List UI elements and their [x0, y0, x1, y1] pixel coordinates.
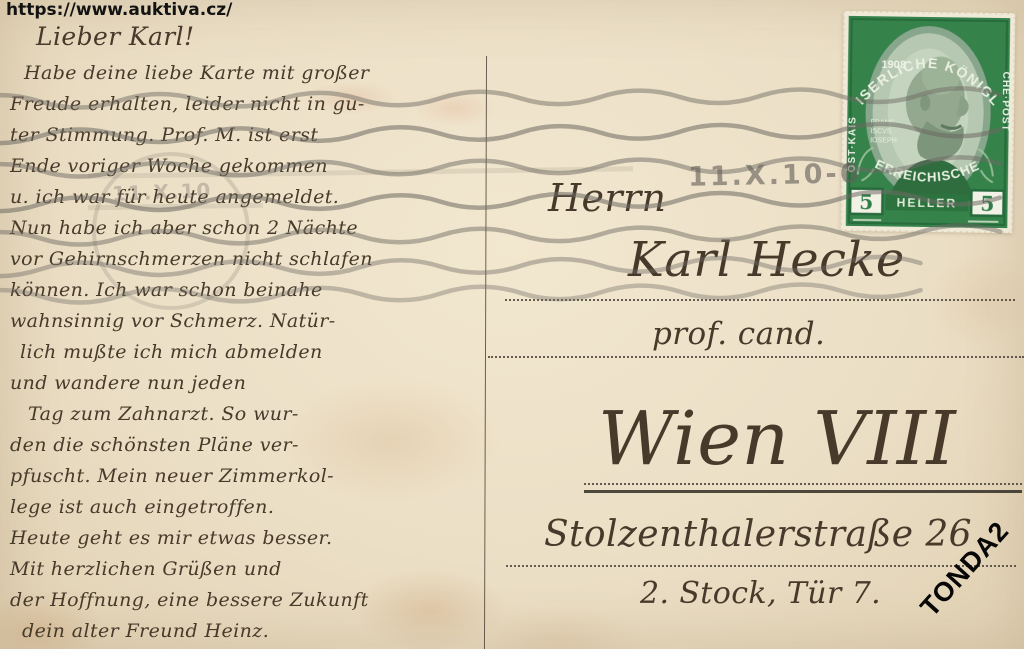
message-line: lege ist auch eingetroffen. — [10, 492, 482, 523]
postcard-scan: https://www.auktiva.cz/ Lieber Karl! Hab… — [0, 0, 1024, 649]
stamp-portrait-caption: ISCVS — [870, 128, 892, 135]
circular-postmark — [92, 152, 250, 310]
address-ruled-line — [505, 299, 1015, 301]
stamp-value-right: 5 — [980, 192, 994, 216]
address-city: Wien VIII — [598, 396, 956, 482]
stamp-portrait-caption: IOSEPH — [870, 137, 897, 144]
message-line: und wandere nun jeden — [10, 368, 482, 399]
message-line: ter Stimmung. Prof. M. ist erst — [10, 120, 482, 151]
stamp-currency: HELLER — [896, 195, 957, 210]
message-line: wahnsinnig vor Schmerz. Natür- — [10, 306, 482, 337]
machine-postmark-date: 11.X.10-6 — [688, 158, 862, 193]
postage-stamp: ISERLICHE KÖNIGL ERREICHISCHE ÖST·KAIS C… — [840, 11, 1015, 233]
address-street: Stolzenthalerstraße 26 — [544, 514, 972, 555]
address-recipient-title: prof. cand. — [652, 316, 825, 352]
message-line: der Hoffnung, eine bessere Zukunft — [10, 585, 482, 616]
message-line: lich mußte ich mich abmelden — [20, 337, 482, 368]
message-line: pfuscht. Mein neuer Zimmerkol- — [10, 461, 482, 492]
stamp-right-edge-text: CHE·POST — [1000, 72, 1012, 132]
message-line: den die schönsten Pläne ver- — [10, 430, 482, 461]
postcard-divider-line — [484, 56, 487, 649]
message-line: Tag zum Zahnarzt. So wur- — [28, 399, 482, 430]
address-floor: 2. Stock, Tür 7. — [640, 576, 881, 611]
message-line: Ende voriger Woche gekommen — [10, 151, 482, 182]
message-salutation: Lieber Karl! — [36, 22, 194, 51]
message-line: dein alter Freund Heinz. — [22, 616, 482, 647]
circular-postmark-date: 11.X.10 — [112, 178, 213, 205]
message-line: Habe deine liebe Karte mit großer — [24, 58, 482, 89]
message-line: Heute geht es mir etwas besser. — [10, 523, 482, 554]
address-ruled-line — [488, 356, 1024, 358]
address-ruled-line — [584, 483, 1022, 485]
source-url-text: https://www.auktiva.cz/ — [6, 0, 232, 20]
stamp-microtext-mark — [968, 220, 998, 222]
stamp-year: 1908 — [881, 59, 906, 71]
address-recipient-prefix: Herrn — [548, 176, 666, 220]
address-ruled-line — [506, 565, 1016, 567]
address-underline — [584, 490, 1022, 493]
message-line: Mit herzlichen Grüßen und — [10, 554, 482, 585]
stamp-value-left: 5 — [859, 190, 873, 214]
stamp-microtext-mark — [853, 219, 881, 221]
stamp-portrait-caption: FRANC — [870, 119, 894, 126]
message-line: Freude erhalten, leider nicht in gu- — [10, 89, 482, 120]
message-body: Habe deine liebe Karte mit großer Freude… — [4, 58, 482, 647]
message-line: können. Ich war schon beinahe — [10, 275, 482, 306]
address-recipient-name: Karl Hecke — [628, 232, 905, 288]
